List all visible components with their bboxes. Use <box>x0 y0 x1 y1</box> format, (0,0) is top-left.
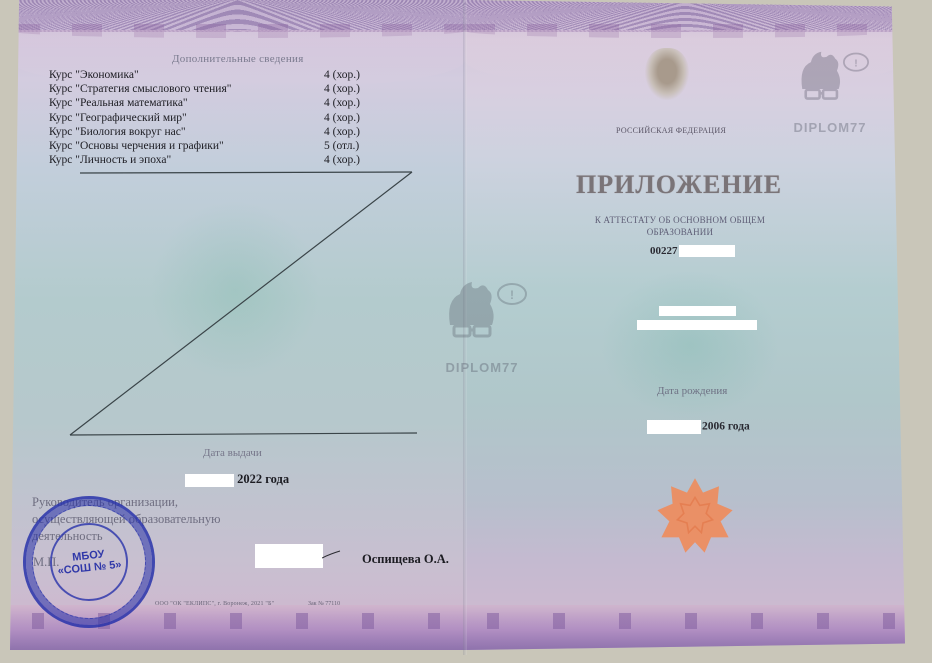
mascot-icon: ! <box>785 50 875 115</box>
course-grade: 4 (хор.) <box>274 82 379 96</box>
course-name: Курс "Географический мир" <box>49 111 274 125</box>
hologram-seal-icon <box>655 475 735 555</box>
coat-of-arms-watermark <box>600 270 780 420</box>
z-cancel-mark <box>60 165 430 445</box>
redacted-surname <box>659 306 736 316</box>
course-row: Курс "Экономика" 4 (хор.) <box>49 68 379 82</box>
course-row: Курс "Основы черчения и графики" 5 (отл.… <box>49 139 379 153</box>
signer-name: Оспищева О.А. <box>362 552 449 567</box>
course-grade: 4 (хор.) <box>274 125 379 139</box>
date-of-birth: 2006 года <box>647 420 750 434</box>
svg-text:!: ! <box>854 58 857 69</box>
course-row: Курс "Стратегия смыслового чтения" 4 (хо… <box>49 82 379 96</box>
subtitle-line: К АТТЕСТАТУ ОБ ОСНОВНОМ ОБЩЕМ <box>580 214 780 226</box>
course-grade: 5 (отл.) <box>274 139 379 153</box>
redacted-name <box>637 320 757 330</box>
course-row: Курс "Реальная математика" 4 (хор.) <box>49 96 379 110</box>
issue-year: 2022 года <box>237 472 289 486</box>
diplom77-watermark: ! DIPLOM77 <box>432 280 532 375</box>
date-of-birth-label: Дата рождения <box>657 385 727 397</box>
watermark-text: DIPLOM77 <box>432 360 532 375</box>
coat-of-arms-icon <box>645 48 689 100</box>
course-name: Курс "Стратегия смыслового чтения" <box>49 82 274 96</box>
watermark-text: DIPLOM77 <box>785 120 875 135</box>
redacted-birth-day-month <box>647 420 701 434</box>
certificate-number-prefix: 00227 <box>650 245 678 257</box>
printer-info: ООО "ОК "ЕКЛИПС", г. Воронеж, 2021 "Б" <box>155 601 274 607</box>
redacted-number <box>679 245 735 257</box>
course-grade: 4 (хор.) <box>274 111 379 125</box>
guilloche-border-bottom <box>465 605 905 650</box>
birth-year: 2006 года <box>702 421 750 433</box>
guilloche-border-top <box>465 0 905 32</box>
course-name: Курс "Реальная математика" <box>49 96 274 110</box>
diplom77-watermark: ! DIPLOM77 <box>785 50 875 135</box>
issue-date: 2022 года <box>185 472 289 487</box>
mascot-icon: ! <box>432 280 532 355</box>
course-grade: 4 (хор.) <box>274 68 379 82</box>
course-name: Курс "Основы черчения и графики" <box>49 139 274 153</box>
certificate-number: 00227 <box>650 245 735 257</box>
courses-list: Курс "Экономика" 4 (хор.) Курс "Стратеги… <box>49 68 379 167</box>
svg-text:!: ! <box>510 288 514 302</box>
course-name: Курс "Биология вокруг нас" <box>49 125 274 139</box>
document-title: ПРИЛОЖЕНИЕ <box>576 170 782 200</box>
course-row: Курс "Биология вокруг нас" 4 (хор.) <box>49 125 379 139</box>
additional-info-title: Дополнительные сведения <box>172 53 304 65</box>
country-label: РОССИЙСКАЯ ФЕДЕРАЦИЯ <box>616 126 726 135</box>
series-info: Зак № 77110 <box>308 601 340 607</box>
redacted-day-month <box>185 474 234 487</box>
issue-date-label: Дата выдачи <box>203 447 262 459</box>
redacted-signature <box>255 544 323 568</box>
course-grade: 4 (хор.) <box>274 96 379 110</box>
guilloche-border-top <box>10 0 465 32</box>
subtitle-line: ОБРАЗОВАНИИ <box>580 226 780 238</box>
stamp-school-name: «СОШ № 5» <box>57 559 122 578</box>
course-row: Курс "Географический мир" 4 (хор.) <box>49 111 379 125</box>
document-subtitle: К АТТЕСТАТУ ОБ ОСНОВНОМ ОБЩЕМ ОБРАЗОВАНИ… <box>580 214 780 238</box>
course-name: Курс "Экономика" <box>49 68 274 82</box>
signature-stroke <box>322 548 342 560</box>
